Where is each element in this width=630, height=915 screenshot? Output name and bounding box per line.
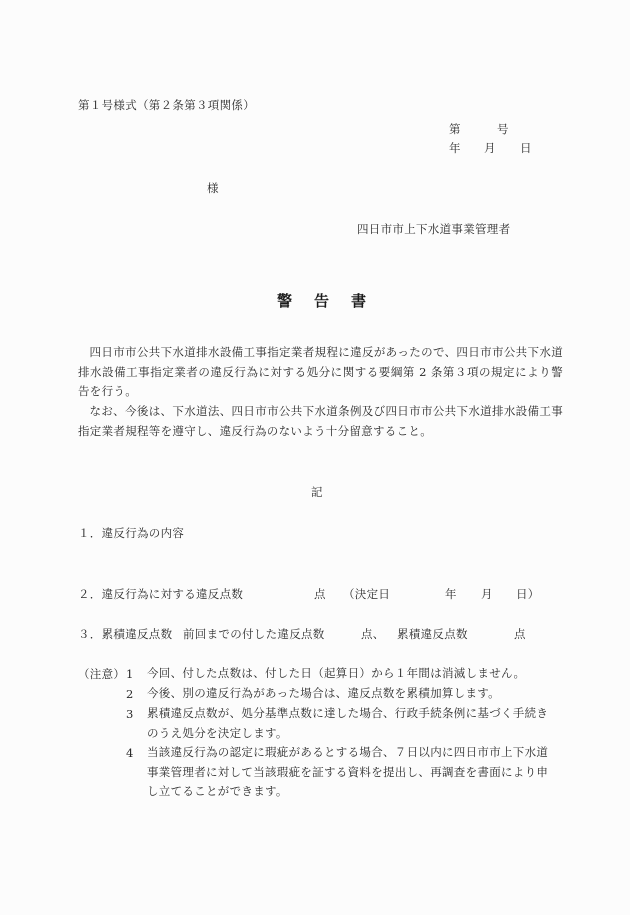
title-char: 書 xyxy=(351,294,366,309)
doc-number-suffix: 号 xyxy=(497,124,509,136)
date-month: 月 xyxy=(484,143,496,155)
body-paragraph-2: なお、今後は、下水道法、四日市市公共下水道条例及び四日市市公共下水道排水設備工事… xyxy=(78,402,563,441)
body-paragraph-1: 四日市市公共下水道排水設備工事指定業者規程に違反があったので、四日市市公共下水道… xyxy=(78,343,563,402)
document-title: 警告書 xyxy=(277,294,366,309)
item-2-day: 日） xyxy=(516,589,540,601)
note-2-number: 2 xyxy=(126,689,134,701)
note-3-text: 累積違反点数が、処分基準点数に達した場合、行政手続条例に基づく手続きのうえ処分を… xyxy=(147,704,557,743)
item-3-cumulative-unit: 点 xyxy=(514,629,526,641)
form-label: 第１号様式（第２条第３項関係） xyxy=(78,100,255,112)
addressee-suffix: 様 xyxy=(207,183,219,195)
item-2-unit: 点 xyxy=(314,589,326,601)
date-year: 年 xyxy=(449,143,461,155)
doc-number-prefix: 第 xyxy=(449,124,461,136)
item-2-month: 月 xyxy=(481,589,493,601)
item-3-previous-label: 前回までの付した違反点数 xyxy=(183,629,325,641)
issuer: 四日市市上下水道事業管理者 xyxy=(357,224,510,236)
title-char: 警 xyxy=(277,294,292,309)
date-day: 日 xyxy=(520,143,532,155)
item-2-label: ２．違反行為に対する違反点数 xyxy=(78,589,243,601)
item-3-previous-unit: 点、 xyxy=(361,629,385,641)
ki-marker: 記 xyxy=(311,487,323,499)
note-1-text: 今回、付した点数は、付した日（起算日）から１年間は消滅しません。 xyxy=(147,664,557,684)
note-2-text: 今後、別の違反行為があった場合は、違反点数を累積加算します。 xyxy=(147,684,557,704)
title-char: 告 xyxy=(314,294,329,309)
item-3-label: ３．累積違反点数 xyxy=(78,629,172,641)
note-1-number: 1 xyxy=(126,669,134,681)
note-3-number: 3 xyxy=(126,709,134,721)
note-4-text: 当該違反行為の認定に瑕疵があるとする場合、７日以内に四日市市上下水道事業管理者に… xyxy=(147,743,557,802)
item-3-cumulative-label: 累積違反点数 xyxy=(397,629,468,641)
item-1-label: １．違反行為の内容 xyxy=(78,528,184,540)
item-2-year: 年 xyxy=(445,589,457,601)
notes-heading: （注意） xyxy=(78,669,125,681)
item-2-decision-label: （決定日 xyxy=(343,589,390,601)
note-4-number: 4 xyxy=(126,748,134,760)
